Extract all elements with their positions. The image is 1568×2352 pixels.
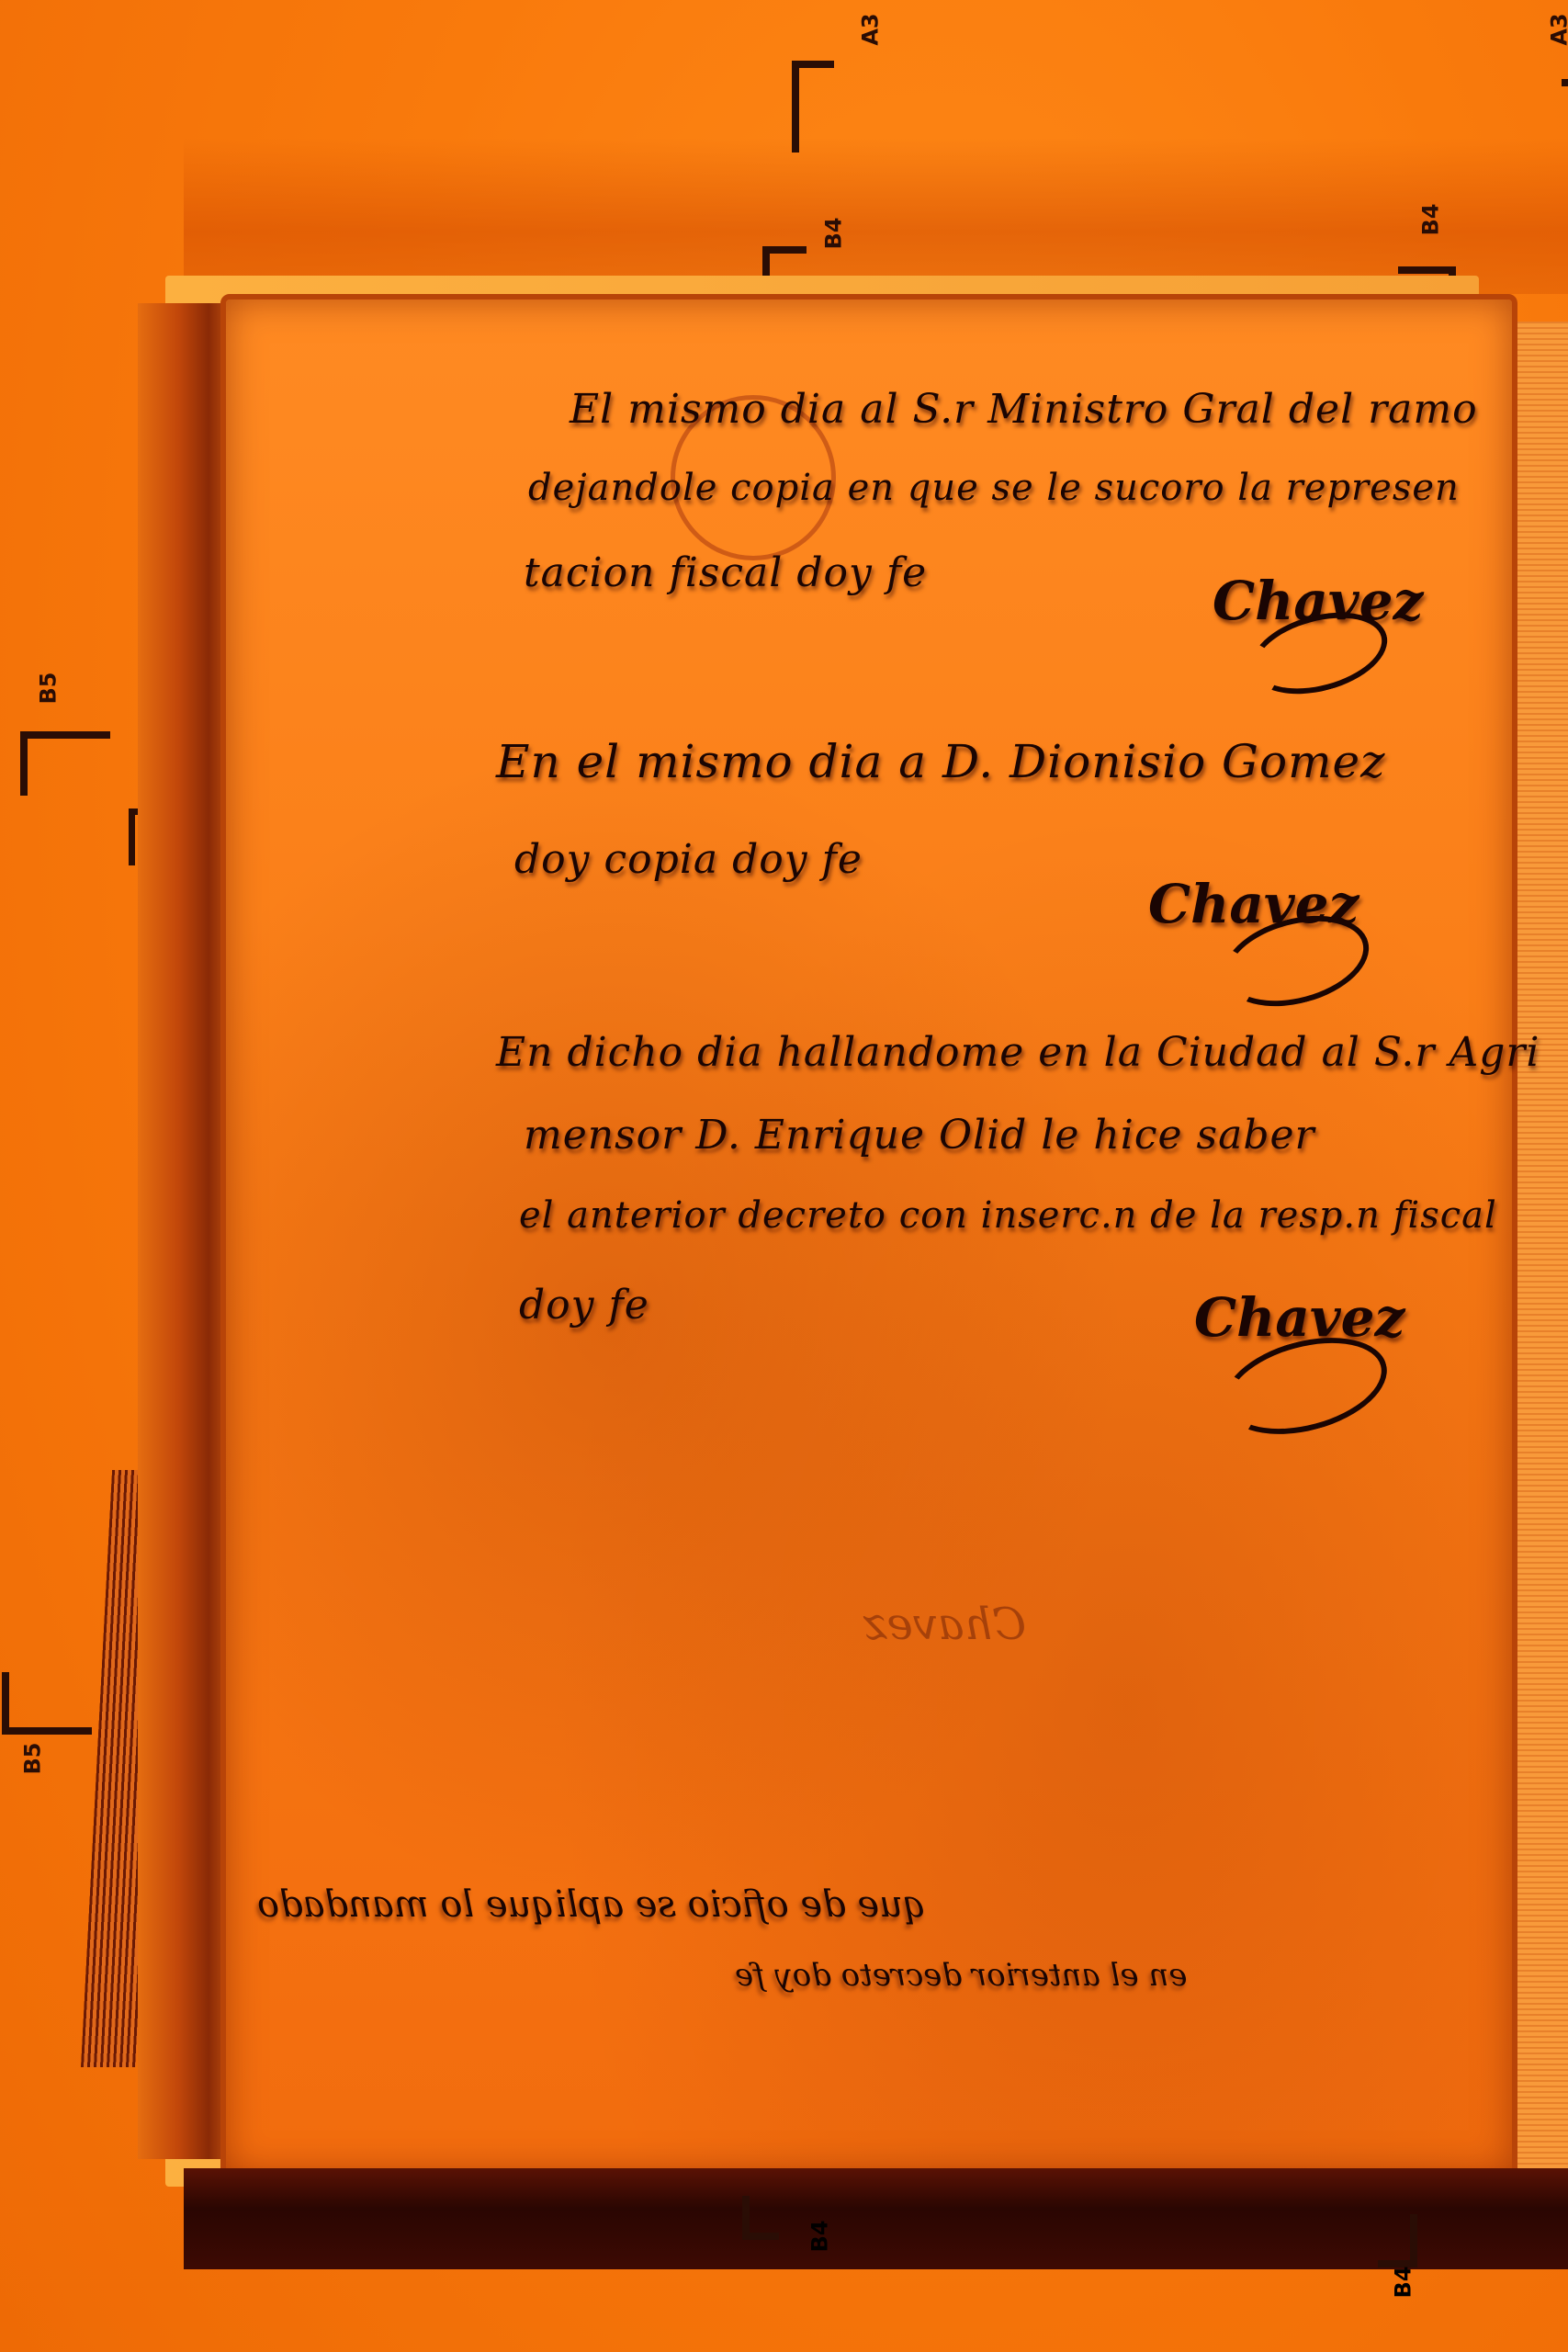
crop-mark-label-b4-right: B4 bbox=[1418, 204, 1444, 236]
entry-1-line-3: tacion fiscal doy fe bbox=[524, 549, 927, 596]
crop-mark-a3-right bbox=[1562, 79, 1568, 94]
mirrored-line-1: que de oficio se aplique lo mandado bbox=[257, 1883, 926, 1926]
crop-mark-b4-bottom bbox=[742, 2196, 779, 2240]
crop-mark-a3 bbox=[792, 61, 834, 153]
entry-3-line-1: En dicho dia hallandome en la Ciudad al … bbox=[496, 1029, 1540, 1076]
crop-mark-label-b5-lower: B5 bbox=[20, 1743, 46, 1775]
crop-mark-label-b5: B5 bbox=[36, 673, 62, 705]
entry-3-line-3: el anterior decreto con inserc.n de la r… bbox=[519, 1194, 1497, 1237]
entry-2-line-1: En el mismo dia a D. Dionisio Gomez bbox=[496, 735, 1385, 788]
crop-mark-b5 bbox=[20, 731, 110, 796]
crop-mark-label-a3-right: A3 bbox=[1547, 13, 1568, 45]
bleedthrough-signature: Chavez bbox=[863, 1599, 1026, 1650]
entry-3-line-4: doy fe bbox=[519, 1282, 649, 1329]
crop-mark-label-b4-bottom-right: B4 bbox=[1391, 2267, 1416, 2299]
background-shadow bbox=[184, 138, 1568, 294]
bottom-shadow-band bbox=[184, 2168, 1568, 2269]
entry-2-line-2: doy copia doy fe bbox=[514, 836, 863, 883]
entry-3-signature: Chavez bbox=[1194, 1286, 1404, 1349]
crop-mark-b5-lower bbox=[2, 1672, 92, 1735]
crop-mark-label-a3: A3 bbox=[858, 13, 884, 45]
entry-1-line-1: El mismo dia al S.r Ministro Gral del ra… bbox=[570, 386, 1478, 433]
entry-3-line-2: mensor D. Enrique Olid le hice saber bbox=[524, 1112, 1315, 1159]
mirrored-line-2: en el anterior decreto doy fe bbox=[735, 1957, 1187, 1994]
crop-mark-label-b4-bottom: B4 bbox=[807, 2221, 833, 2253]
crop-mark-b4-bottom-right bbox=[1378, 2214, 1417, 2267]
crop-mark-label-b4: B4 bbox=[821, 218, 847, 250]
entry-1-line-2: dejandole copia en que se le sucoro la r… bbox=[528, 467, 1460, 509]
